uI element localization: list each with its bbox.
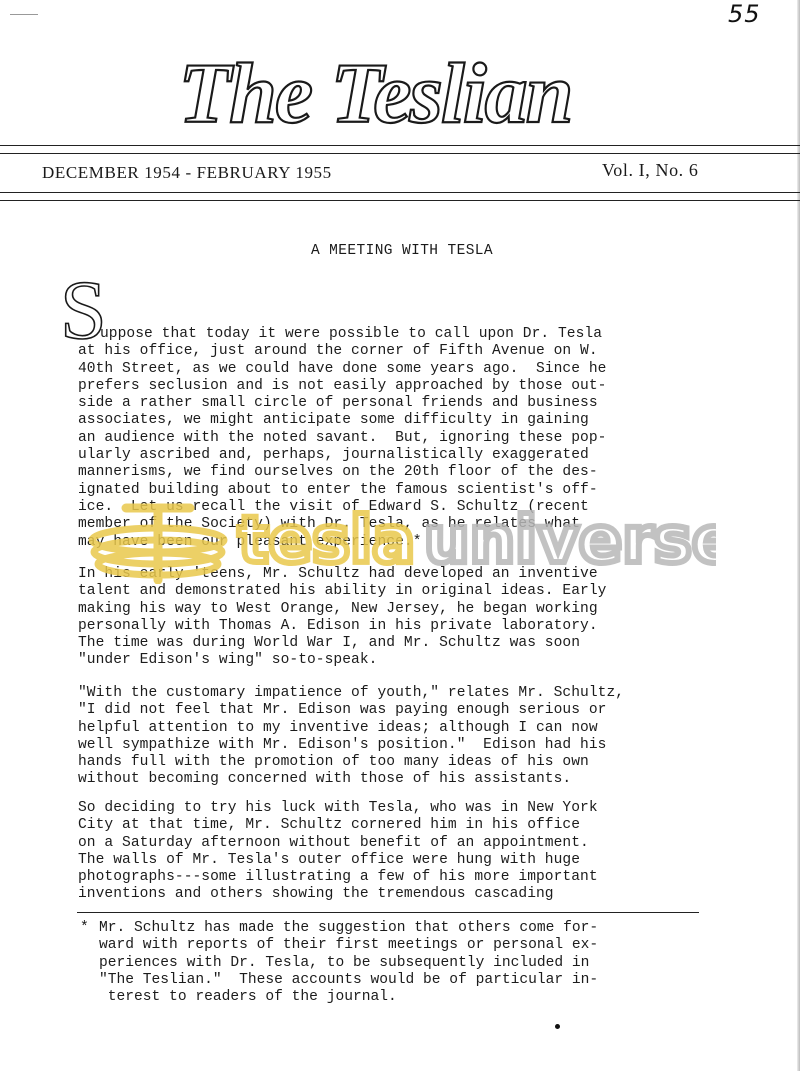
article-line: "under Edison's wing" so-to-speak. <box>78 652 698 669</box>
masthead-title-text: The Teslian <box>179 48 572 138</box>
handwritten-page-number: 55 <box>728 0 761 28</box>
article-line: City at that time, Mr. Schultz cornered … <box>78 817 698 834</box>
article-line: photographs---some illustrating a few of… <box>78 869 698 886</box>
footnote-line: Mr. Schultz has made the suggestion that… <box>99 920 699 937</box>
article-line: inventions and others showing the tremen… <box>78 886 698 903</box>
article-line: making his way to West Orange, New Jerse… <box>78 601 698 618</box>
article-line: talent and demonstrated his ability in o… <box>78 583 698 600</box>
footnote-marker: * <box>80 920 89 936</box>
article-line: prefers seclusion and is not easily appr… <box>78 378 698 395</box>
article-line: ignated building about to enter the famo… <box>78 482 698 499</box>
issue-date: DECEMBER 1954 - FEBRUARY 1955 <box>42 163 332 183</box>
footnote-text: Mr. Schultz has made the suggestion that… <box>99 920 699 1006</box>
masthead-rule-bottom-1 <box>0 192 800 193</box>
article-line: well sympathize with Mr. Edison's positi… <box>78 737 698 754</box>
article-paragraph: "With the customary impatience of youth,… <box>78 685 698 789</box>
article-line: 40th Street, as we could have done some … <box>78 361 698 378</box>
article-line: uppose that today it were possible to ca… <box>78 326 698 343</box>
article-line: "I did not feel that Mr. Edison was payi… <box>78 702 698 719</box>
article-line: mannerisms, we find ourselves on the 20t… <box>78 464 698 481</box>
article-paragraph: In his early 'teens, Mr. Schultz had dev… <box>78 566 698 670</box>
article-line: at his office, just around the corner of… <box>78 343 698 360</box>
article-line: The walls of Mr. Tesla's outer office we… <box>78 852 698 869</box>
article-line: The time was during World War I, and Mr.… <box>78 635 698 652</box>
article-line: In his early 'teens, Mr. Schultz had dev… <box>78 566 698 583</box>
footnote-line: "The Teslian." These accounts would be o… <box>99 972 699 989</box>
newsletter-page: 55 The Teslian DECEMBER 1954 - FEBRUARY … <box>0 0 800 1071</box>
footnote-line: ward with reports of their first meeting… <box>99 937 699 954</box>
article-line: So deciding to try his luck with Tesla, … <box>78 800 698 817</box>
issue-volume: Vol. I, No. 6 <box>602 160 698 181</box>
article-line: helpful attention to my inventive ideas;… <box>78 720 698 737</box>
article-line: hands full with the promotion of too man… <box>78 754 698 771</box>
article-paragraph: uppose that today it were possible to ca… <box>78 326 698 551</box>
article-paragraph: So deciding to try his luck with Tesla, … <box>78 800 698 904</box>
article-line: without becoming concerned with those of… <box>78 771 698 788</box>
masthead-rule-top-2 <box>0 153 800 154</box>
scan-speck <box>555 1024 560 1029</box>
article-line: an audience with the noted savant. But, … <box>78 430 698 447</box>
article-line: "With the customary impatience of youth,… <box>78 685 698 702</box>
scan-edge-mark <box>10 14 38 15</box>
article-line: associates, we might anticipate some dif… <box>78 412 698 429</box>
article-line: on a Saturday afternoon without benefit … <box>78 835 698 852</box>
article-line: personally with Thomas A. Edison in his … <box>78 618 698 635</box>
article-line: ularly ascribed and, perhaps, journalist… <box>78 447 698 464</box>
masthead-title: The Teslian <box>165 48 585 138</box>
footnote-rule <box>77 912 699 913</box>
article-line: may have been our pleasant experience.* <box>78 534 698 551</box>
article-line: member of the Society) with Dr. Tesla, a… <box>78 516 698 533</box>
footnote-line: terest to readers of the journal. <box>99 989 699 1006</box>
masthead-rule-bottom-2 <box>0 200 800 201</box>
masthead-rule-top-1 <box>0 145 800 146</box>
article-title: A MEETING WITH TESLA <box>0 243 800 259</box>
footnote-line: periences with Dr. Tesla, to be subseque… <box>99 955 699 972</box>
article-line: ice. Let us recall the visit of Edward S… <box>78 499 698 516</box>
article-line: side a rather small circle of personal f… <box>78 395 698 412</box>
